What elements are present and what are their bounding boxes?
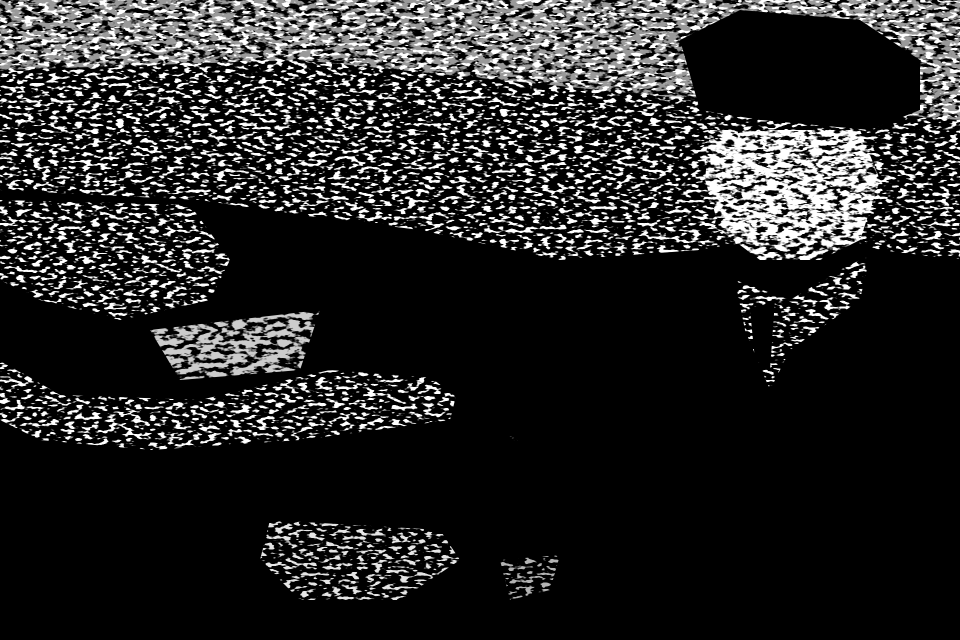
- photograph: [0, 0, 960, 640]
